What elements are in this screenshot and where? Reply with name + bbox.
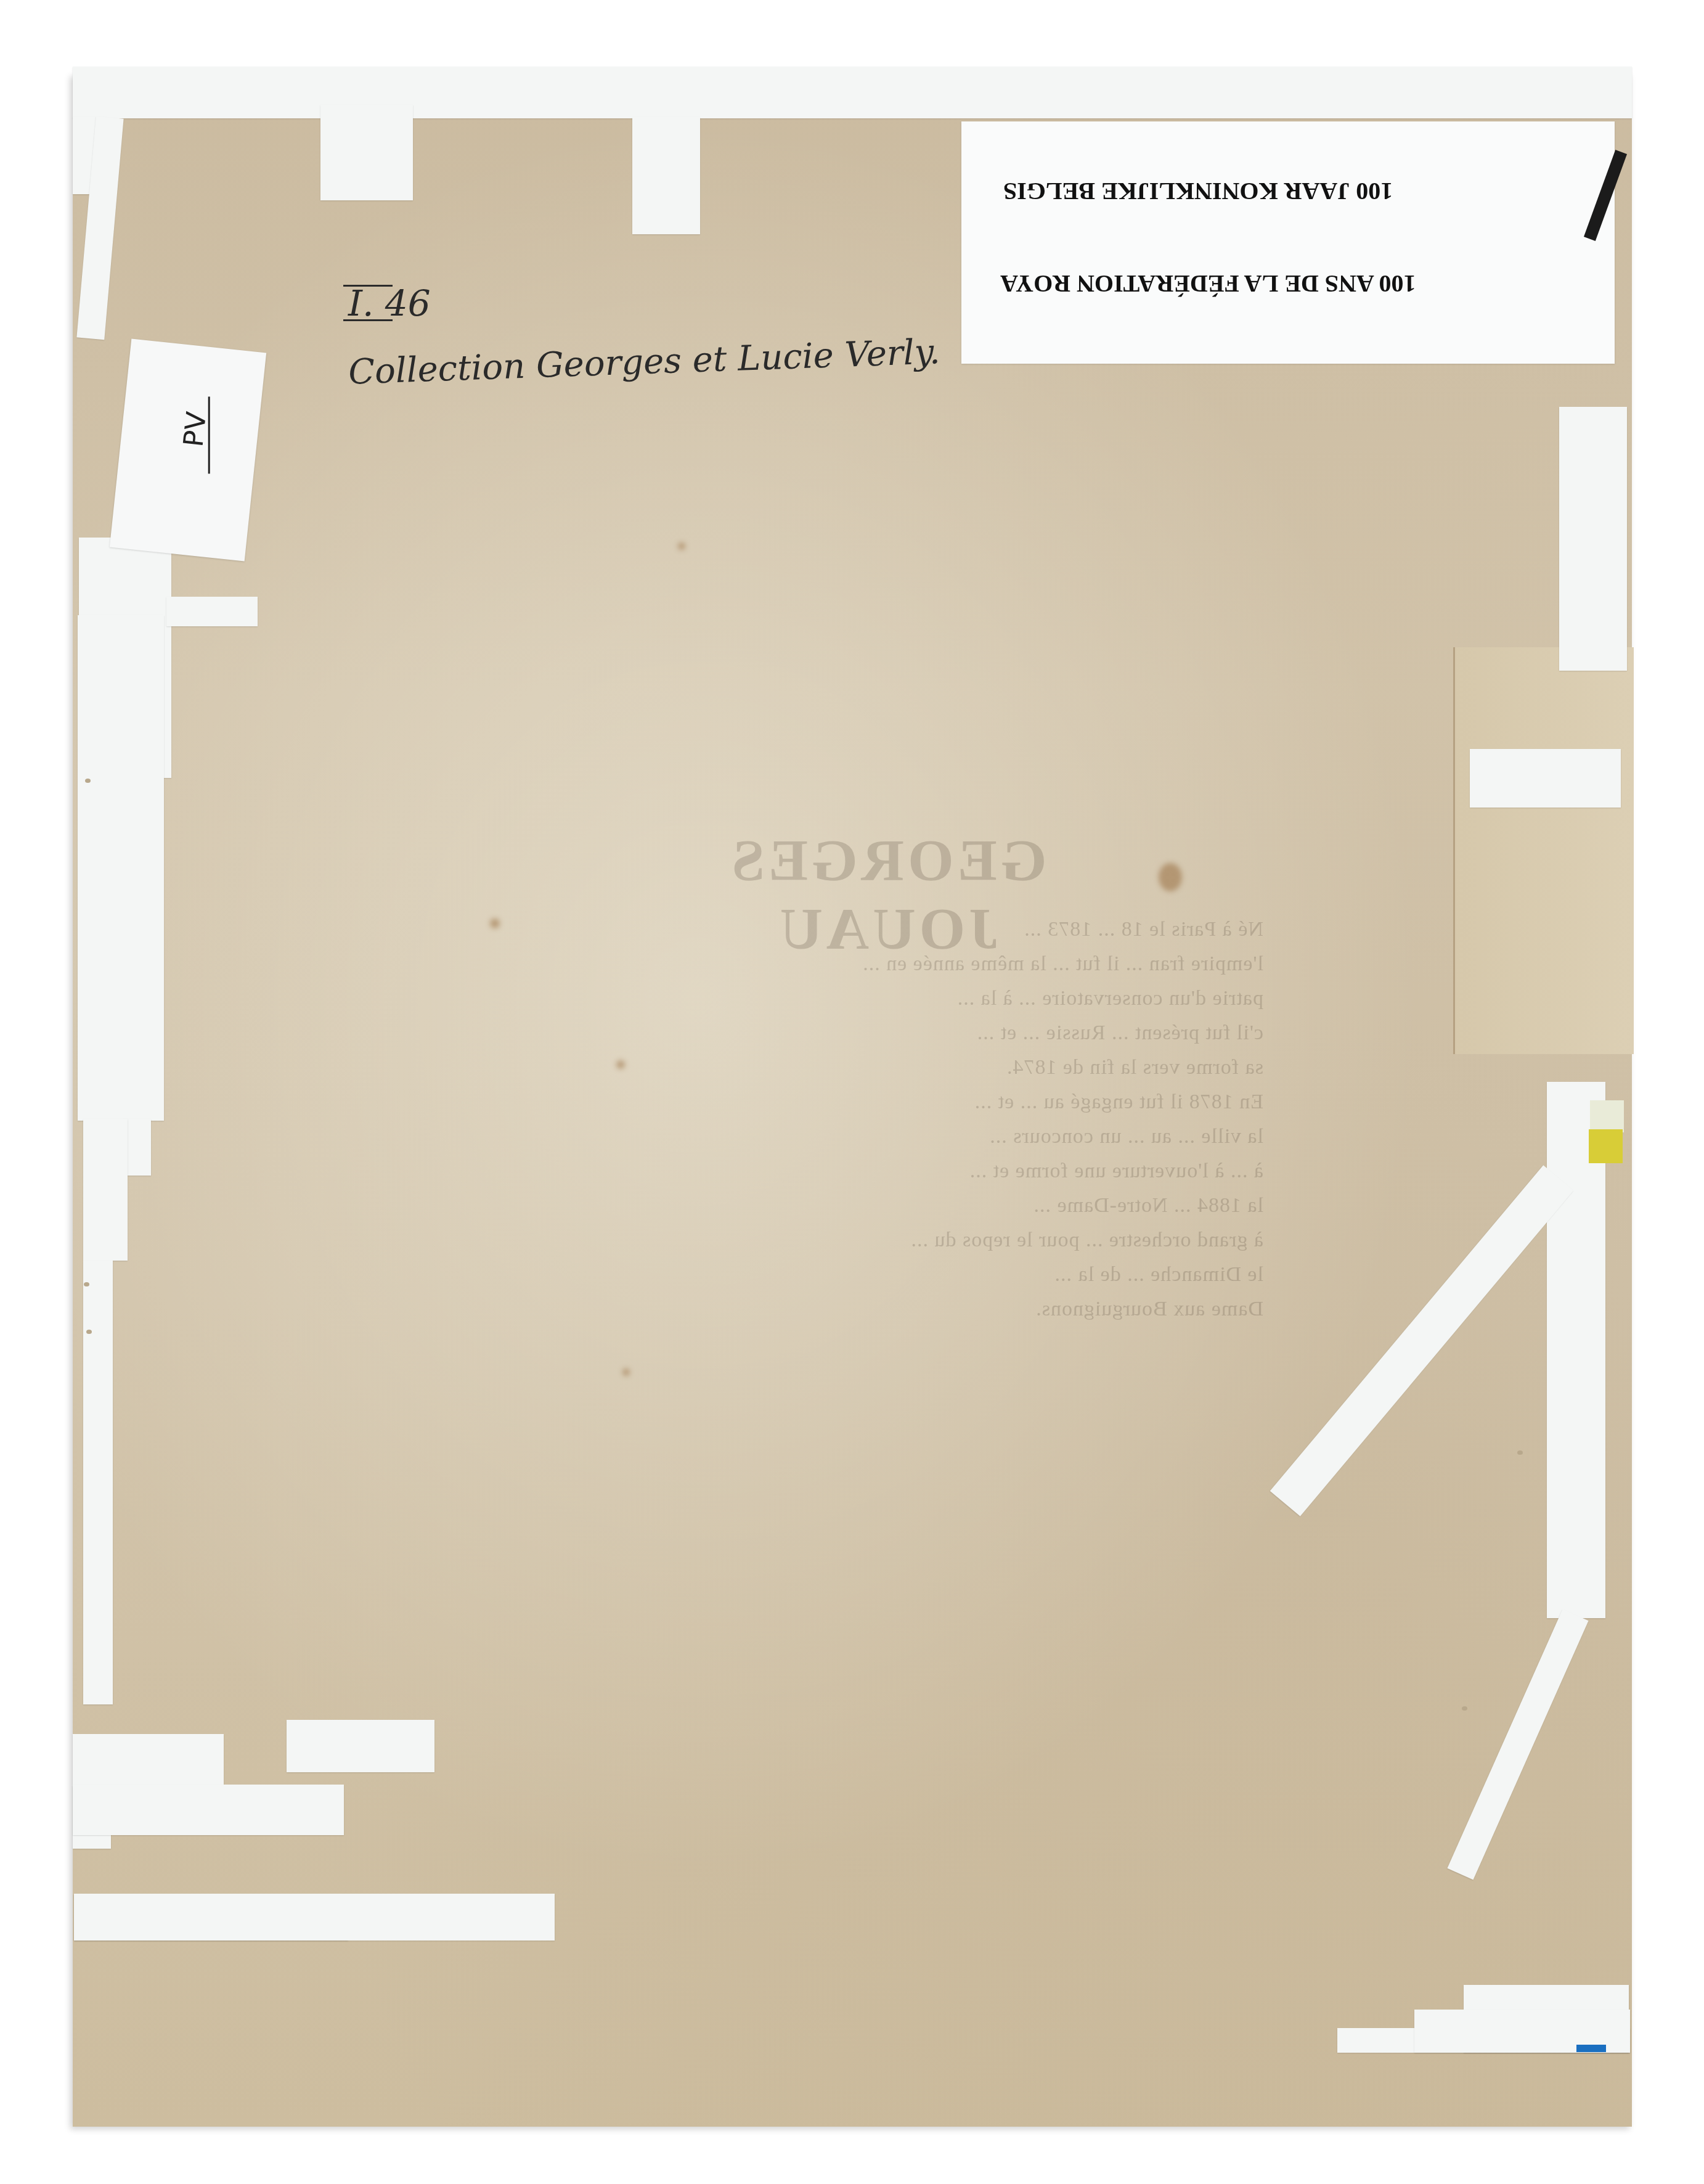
hinge-hole <box>85 779 91 783</box>
tape-left-mid <box>78 615 164 1121</box>
hinge-hole <box>1462 1706 1467 1711</box>
tape-left-lowest <box>83 1261 113 1704</box>
tape-left-tab <box>166 597 258 626</box>
tape-bottom-left-1 <box>287 1720 434 1772</box>
tape-bottom-left-4 <box>73 1785 344 1835</box>
inventory-number: I. 46 <box>348 282 431 324</box>
show-through-body: Né à Paris le 18 ... 1873 ... l'empire f… <box>493 912 1263 1327</box>
printed-label: 100 JAAR KONINKLIJKE BELGIS 100 ANS DE L… <box>961 121 1615 364</box>
foxing-stain <box>622 1368 630 1376</box>
pv-tag: PV <box>110 338 266 561</box>
foxing-stain <box>1159 863 1182 891</box>
foxing-stain <box>678 542 685 550</box>
foxing-stain <box>490 918 500 928</box>
tape-left-lower <box>83 1119 128 1261</box>
color-patch-yellow <box>1589 1129 1623 1163</box>
color-patch-blue <box>1576 2045 1606 2052</box>
tape-top-border <box>73 67 1632 118</box>
tape-bottom-edge <box>74 1894 555 1941</box>
inserted-paper-strip <box>1453 647 1634 1054</box>
tape-top-2 <box>632 117 700 234</box>
tape-top-1 <box>320 105 413 200</box>
pv-underline <box>208 396 210 473</box>
tape-right-upper <box>1559 407 1627 671</box>
color-patch-light <box>1590 1100 1624 1132</box>
hinge-hole <box>86 1330 92 1334</box>
label-line-french: 100 ANS DE LA FÉDÉRATION ROYA <box>1000 269 1416 298</box>
tape-right-patch <box>1470 749 1621 808</box>
tape-bottom-left-2 <box>73 1734 224 1785</box>
foxing-stain <box>616 1060 625 1069</box>
label-line-dutch: 100 JAAR KONINKLIJKE BELGIS <box>1003 177 1393 206</box>
hinge-hole <box>84 1282 89 1286</box>
hinge-hole <box>1517 1450 1523 1455</box>
